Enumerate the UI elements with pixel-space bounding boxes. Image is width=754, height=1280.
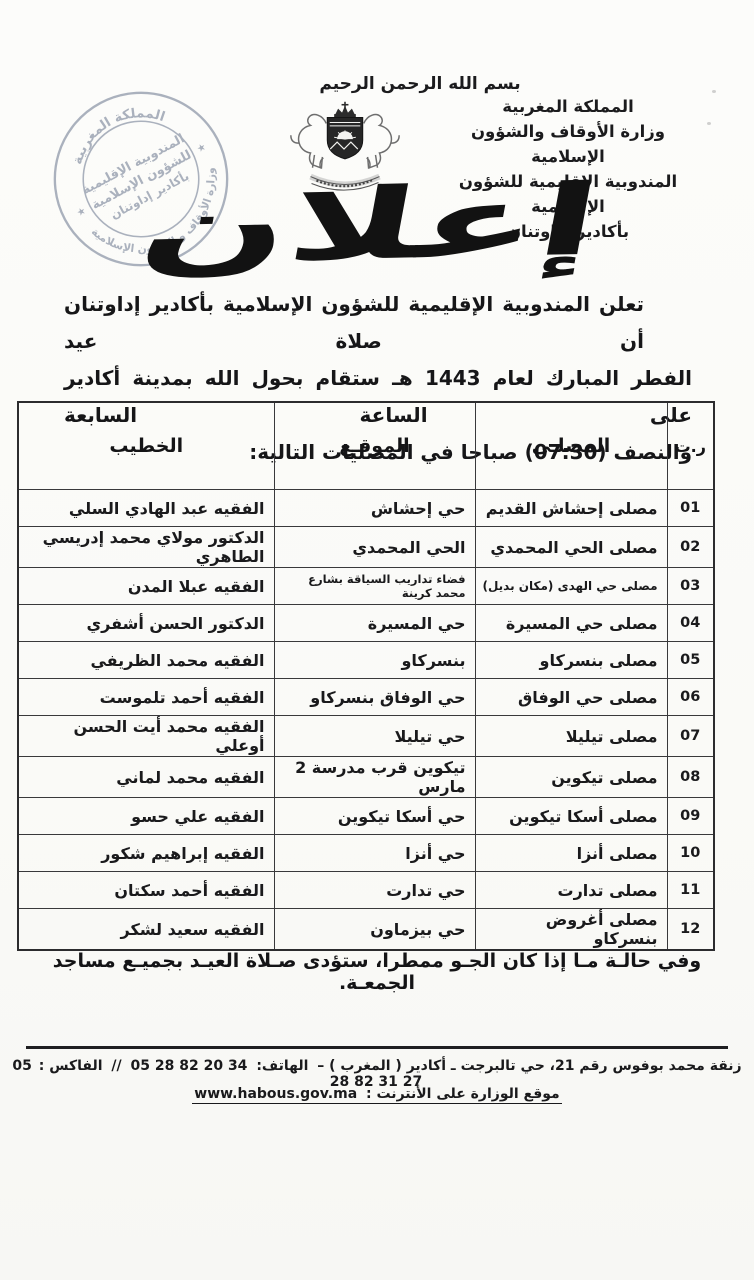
table-row: 02 مصلى الحي المحمدي الحي المحمدي الدكتو…: [18, 527, 714, 568]
table-header-num: ر.ت: [667, 402, 714, 490]
table-row: 01 مصلى إحشاش القديم حي إحشاش الفقيه عبد…: [18, 490, 714, 527]
cell-location: حي إحشاش: [274, 490, 475, 527]
cell-row-number: 04: [667, 605, 714, 642]
contact-separator: //: [111, 1058, 121, 1074]
cell-preacher: الفقيه محمد أيت الحسن أوعلي: [18, 716, 274, 757]
cell-location: حي أنزا: [274, 835, 475, 872]
address-text: زنقة محمد بوفوس رقم 21، حي تالبرجت ـ أكا…: [317, 1058, 741, 1074]
cell-location: الحي المحمدي: [274, 527, 475, 568]
phone-number: 05 28 82 20 34: [131, 1058, 248, 1074]
cell-location: حي تدارت: [274, 872, 475, 909]
table-row: 04 مصلى حي المسيرة حي المسيرة الدكتور ال…: [18, 605, 714, 642]
cell-mosque: مصلى أغروض بنسركاو: [475, 909, 667, 951]
ministry-header-block: المملكة المغربية وزارة الأوقاف والشؤون ا…: [437, 94, 699, 244]
cell-location: حي تيليلا: [274, 716, 475, 757]
table-header-mosque: المصلـى: [475, 402, 667, 490]
cell-row-number: 10: [667, 835, 714, 872]
prayer-table-body: 01 مصلى إحشاش القديم حي إحشاش الفقيه عبد…: [18, 490, 714, 951]
website-line: موقع الوزارة على الأنترنت : www.habous.g…: [0, 1086, 754, 1102]
cell-preacher: الدكتور مولاي محمد إدريسي الطاهري: [18, 527, 274, 568]
prayer-table: ر.ت المصلـى الموقـع الخطيب 01 مصلى إحشاش…: [17, 401, 715, 951]
cell-row-number: 11: [667, 872, 714, 909]
cell-mosque: مصلى إحشاش القديم: [475, 490, 667, 527]
cell-preacher: الفقيه سعيد لشكر: [18, 909, 274, 951]
table-row: 07 مصلى تيليلا حي تيليلا الفقيه محمد أيت…: [18, 716, 714, 757]
ministry-line-delegation: المندوبية الإقليمية للشؤون الإسلامية: [437, 169, 699, 219]
cell-mosque: مصلى حي الوفاق: [475, 679, 667, 716]
ministry-line-city: بأكادير إداوتنان: [437, 219, 699, 244]
cell-mosque: مصلى تيليلا: [475, 716, 667, 757]
table-header-row: ر.ت المصلـى الموقـع الخطيب: [18, 402, 714, 490]
cell-mosque: مصلى تدارت: [475, 872, 667, 909]
coat-of-arms-icon: [281, 96, 409, 206]
cell-mosque: مصلى حي المسيرة: [475, 605, 667, 642]
cell-row-number: 07: [667, 716, 714, 757]
cell-preacher: الدكتور الحسن أشفري: [18, 605, 274, 642]
scan-speck: [712, 90, 716, 93]
table-row: 06 مصلى حي الوفاق حي الوفاق بنسركاو الفق…: [18, 679, 714, 716]
table-row: 11 مصلى تدارت حي تدارت الفقيه أحمد سكتان: [18, 872, 714, 909]
cell-mosque: مصلى حي الهدى (مكان بديل): [475, 568, 667, 605]
cell-row-number: 02: [667, 527, 714, 568]
website-url[interactable]: www.habous.gov.ma: [194, 1086, 357, 1102]
cell-row-number: 01: [667, 490, 714, 527]
cell-preacher: الفقيه محمد الظريفي: [18, 642, 274, 679]
bismillah-text: بسم الله الرحمن الرحيم: [300, 74, 540, 94]
cell-location: فضاء تداريب السياقة بشارع محمد كرينة: [274, 568, 475, 605]
cell-row-number: 03: [667, 568, 714, 605]
cell-row-number: 08: [667, 757, 714, 798]
stamp-star-left-icon: ★: [75, 205, 88, 219]
lion-right-icon: [364, 115, 399, 169]
cell-preacher: الفقيه أحمد سكتان: [18, 872, 274, 909]
cell-row-number: 12: [667, 909, 714, 951]
cell-preacher: الفقيه محمد لماني: [18, 757, 274, 798]
announcement-document: المملكة المغربية وزارة الأوقاف و الشؤون …: [0, 0, 754, 1280]
prayer-table-container: ر.ت المصلـى الموقـع الخطيب 01 مصلى إحشاش…: [17, 401, 715, 951]
stamp-star-right-icon: ★: [195, 141, 208, 155]
table-row: 12 مصلى أغروض بنسركاو حي بيزماون الفقيه …: [18, 909, 714, 951]
lion-left-icon: [291, 115, 326, 169]
table-header-location: الموقـع: [274, 402, 475, 490]
cell-location: حي بيزماون: [274, 909, 475, 951]
cell-mosque: مصلى تيكوين: [475, 757, 667, 798]
table-row: 05 مصلى بنسركاو بنسركاو الفقيه محمد الظر…: [18, 642, 714, 679]
footer-divider: [26, 1046, 728, 1049]
fax-label: الفاكس :: [39, 1058, 103, 1074]
cell-location: حي أسكا تيكوين: [274, 798, 475, 835]
scan-speck: [707, 122, 711, 125]
table-row: 08 مصلى تيكوين تيكوين قرب مدرسة 2 مارس ا…: [18, 757, 714, 798]
official-round-stamp: المملكة المغربية وزارة الأوقاف و الشؤون …: [15, 53, 267, 305]
cell-mosque: مصلى الحي المحمدي: [475, 527, 667, 568]
table-header-preacher: الخطيب: [18, 402, 274, 490]
stamp-seal-icon: المملكة المغربية وزارة الأوقاف و الشؤون …: [15, 53, 267, 305]
cell-preacher: الفقيه عبد الهادي السلي: [18, 490, 274, 527]
cell-location: حي الوفاق بنسركاو: [274, 679, 475, 716]
cell-row-number: 06: [667, 679, 714, 716]
rain-condition-note: وفي حالـة مـا إذا كان الجـو ممطرا، ستؤدى…: [40, 950, 714, 994]
cell-location: بنسركاو: [274, 642, 475, 679]
cell-mosque: مصلى أسكا تيكوين: [475, 798, 667, 835]
table-row: 10 مصلى أنزا حي أنزا الفقيه إبراهيم شكور: [18, 835, 714, 872]
cell-location: تيكوين قرب مدرسة 2 مارس: [274, 757, 475, 798]
ministry-line-kingdom: المملكة المغربية: [437, 94, 699, 119]
phone-label: الهاتف:: [256, 1058, 308, 1074]
cell-preacher: الفقيه علي حسو: [18, 798, 274, 835]
cell-preacher: الفقيه أحمد تلموست: [18, 679, 274, 716]
website-label: موقع الوزارة على الأنترنت :: [366, 1086, 560, 1102]
cell-row-number: 09: [667, 798, 714, 835]
cell-location: حي المسيرة: [274, 605, 475, 642]
cell-preacher: الفقيه إبراهيم شكور: [18, 835, 274, 872]
cell-row-number: 05: [667, 642, 714, 679]
cell-preacher: الفقيه عبلا المدن: [18, 568, 274, 605]
table-row: 03 مصلى حي الهدى (مكان بديل) فضاء تداريب…: [18, 568, 714, 605]
cell-mosque: مصلى بنسركاو: [475, 642, 667, 679]
table-row: 09 مصلى أسكا تيكوين حي أسكا تيكوين الفقي…: [18, 798, 714, 835]
intro-line: تعلن المندوبية الإقليمية للشؤون الإسلامي…: [64, 286, 692, 360]
ministry-line-ministry: وزارة الأوقاف والشؤون الإسلامية: [437, 119, 699, 169]
cell-mosque: مصلى أنزا: [475, 835, 667, 872]
